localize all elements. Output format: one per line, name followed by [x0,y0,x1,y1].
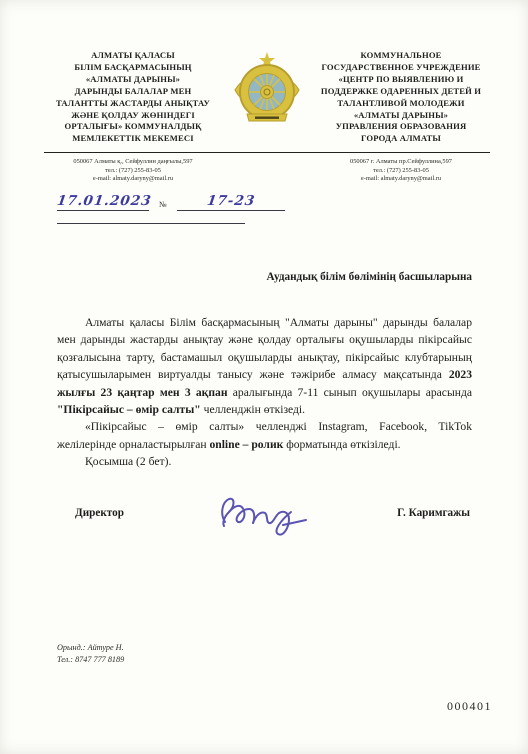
paragraph-3: Қосымша (2 бет). [57,453,472,470]
date-field: 17.01.2023 [57,192,149,211]
outgoing-number-field: 17-23 [177,192,285,211]
attachment-note: Қосымша (2 бет). [85,455,171,468]
body-text-run: Алматы қаласы Білім басқармасының "Алмат… [57,316,472,381]
handwritten-signature-icon [209,482,319,545]
org-line: ГОСУДАРСТВЕННОЕ УЧРЕЖДЕНИЕ [310,62,492,74]
letter-body: Алматы қаласы Білім басқармасының "Алмат… [57,314,472,471]
org-line: КОММУНАЛЬНОЕ [310,50,492,62]
letter-page: АЛМАТЫ ҚАЛАСЫ БІЛІМ БАСҚАРМАСЫНЫҢ «АЛМАТ… [0,0,528,754]
contact-left: 050067 Алматы қ., Сейфуллин даңғылы,597 … [42,158,224,184]
recipient-line: Аудандық білім бөлімінің басшыларына [57,271,472,283]
contact-line: тел.: (727) 255-83-05 [310,167,492,176]
contact-line: 050067 Алматы қ., Сейфуллин даңғылы,597 [42,158,224,167]
org-line: «ЦЕНТР ПО ВЫЯВЛЕНИЮ И [310,74,492,86]
handwritten-date: 17.01.2023 [56,193,153,209]
executor-name: Орынд.: Айтуре Н. [57,642,124,654]
org-line: ПОДДЕРЖКЕ ОДАРЕННЫХ ДЕТЕЙ И [310,86,492,98]
org-line: ЖӘНЕ ҚОЛДАУ ЖӨНІНДЕГІ [42,110,224,122]
body-text-run: аралығында 7-11 сынып оқушылары арасында [228,386,472,399]
org-line: МЕМЛЕКЕТТІК МЕКЕМЕСІ [42,133,224,145]
handwritten-number: 17-23 [205,193,255,209]
signature-block: Директор Г. Каримгажы [57,504,472,544]
contact-line: e-mail: almaty.daryny@mail.ru [310,175,492,184]
org-name-kazakh: АЛМАТЫ ҚАЛАСЫ БІЛІМ БАСҚАРМАСЫНЫҢ «АЛМАТ… [42,48,224,145]
letterhead-divider [44,152,490,153]
kazakhstan-coat-of-arms-icon [224,48,310,128]
contact-right: 050067 г. Алматы пр.Сейфуллина,597 тел.:… [310,158,492,184]
signer-name: Г. Каримгажы [397,507,470,519]
paragraph-2: «Пікірсайыс – өмір салты» челленджі Inst… [57,418,472,453]
body-text-run: форматында өткізіледі. [283,438,400,451]
org-line: БІЛІМ БАСҚАРМАСЫНЫҢ [42,62,224,74]
contact-line: 050067 г. Алматы пр.Сейфуллина,597 [310,158,492,167]
org-line: ОРТАЛЫҒЫ» КОММУНАЛДЫҚ [42,121,224,133]
registration-number: 000401 [447,699,492,714]
org-line: ТАЛАНТТЫ ЖАСТАРДЫ АНЫҚТАУ [42,98,224,110]
contact-line: e-mail: almaty.daryny@mail.ru [42,175,224,184]
signer-title: Директор [75,507,124,519]
org-line: «АЛМАТЫ ДАРЫНЫ» [42,74,224,86]
body-text-run-bold: online – ролик [209,438,283,451]
paragraph-1: Алматы қаласы Білім басқармасының "Алмат… [57,314,472,418]
executor-info: Орынд.: Айтуре Н. Тел.: 8747 777 8189 [57,642,124,665]
executor-phone: Тел.: 8747 777 8189 [57,654,124,666]
org-line: АЛМАТЫ ҚАЛАСЫ [42,50,224,62]
org-line: ДАРЫНДЫ БАЛАЛАР МЕН [42,86,224,98]
blank-reference-line [57,223,245,224]
contacts: 050067 Алматы қ., Сейфуллин даңғылы,597 … [42,158,492,184]
body-text-run-bold: "Пікірсайыс – өмір салты" [57,403,201,416]
number-sign: № [159,200,167,211]
org-line: УПРАВЛЕНИЯ ОБРАЗОВАНИЯ [310,121,492,133]
contact-line: тел.: (727) 255-83-05 [42,167,224,176]
org-line: ТАЛАНТЛИВОЙ МОЛОДЕЖИ [310,98,492,110]
org-line: «АЛМАТЫ ДАРЫНЫ» [310,110,492,122]
org-line: ГОРОДА АЛМАТЫ [310,133,492,145]
body-text-run: челленджін өткізеді. [201,403,305,416]
org-name-russian: КОММУНАЛЬНОЕ ГОСУДАРСТВЕННОЕ УЧРЕЖДЕНИЕ … [310,48,492,145]
letterhead: АЛМАТЫ ҚАЛАСЫ БІЛІМ БАСҚАРМАСЫНЫҢ «АЛМАТ… [42,48,492,145]
reference-line: 17.01.2023 № 17-23 [57,192,307,232]
